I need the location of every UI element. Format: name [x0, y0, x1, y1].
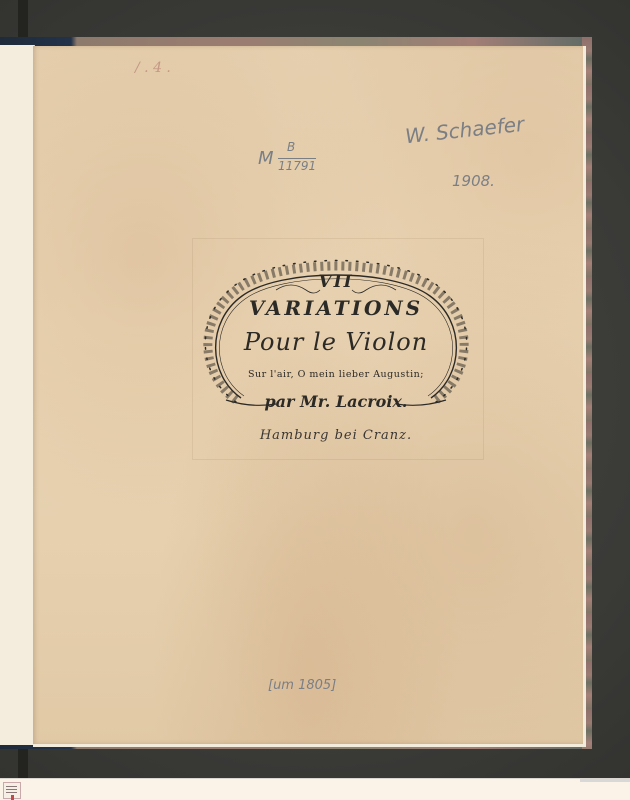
library-logo-icon[interactable]: [3, 782, 21, 799]
footer-scrollbar[interactable]: [580, 779, 630, 782]
shelfmark-prefix: M: [258, 148, 274, 169]
subtitle: Sur l'air, O mein lieber Augustin;: [196, 369, 476, 380]
red-ink-mark: / . 4 .: [135, 60, 171, 76]
dating-note: [um 1805]: [268, 678, 336, 693]
shelfmark-number: 11791: [278, 158, 316, 173]
flyleaf-page: [0, 45, 35, 745]
signature-year: 1908.: [452, 172, 495, 190]
publisher: Hamburg bei Cranz.: [196, 428, 476, 443]
composer: par Mr. Lacroix.: [196, 392, 476, 411]
viewer-footer: [0, 778, 630, 800]
shelfmark-top: B: [287, 140, 295, 154]
title-main: VARIATIONS: [196, 296, 476, 320]
title-number: VII: [196, 272, 476, 292]
title-instrument: Pour le Violon: [196, 328, 476, 356]
